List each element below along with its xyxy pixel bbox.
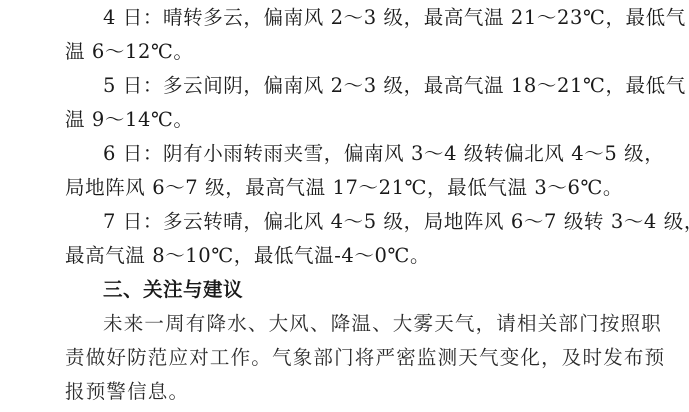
forecast-day4-line1: 4 日：晴转多云，偏南风 2～3 级，最高气温 21～23℃，最低气 <box>103 1 686 35</box>
document-page: 4 日：晴转多云，偏南风 2～3 级，最高气温 21～23℃，最低气 温 6～1… <box>0 0 689 412</box>
forecast-day6-line1: 6 日：阴有小雨转雨夹雪，偏南风 3～4 级转偏北风 4～5 级， <box>103 137 664 171</box>
forecast-day4-line2: 温 6～12℃。 <box>65 35 194 69</box>
forecast-day5-line2: 温 9～14℃。 <box>65 103 194 137</box>
forecast-day5-line1: 5 日：多云间阴，偏南风 2～3 级，最高气温 18～21℃，最低气 <box>103 69 686 103</box>
advice-paragraph-line2: 责做好防范应对工作。气象部门将严密监测天气变化，及时发布预 <box>65 341 665 375</box>
forecast-day6-line2: 局地阵风 6～7 级，最高气温 17～21℃，最低气温 3～6℃。 <box>65 171 623 205</box>
section-heading: 三、关注与建议 <box>103 273 243 307</box>
advice-paragraph-line3: 报预警信息。 <box>65 375 189 409</box>
forecast-day7-line1: 7 日：多云转晴，偏北风 4～5 级，局地阵风 6～7 级转 3～4 级， <box>103 205 689 239</box>
forecast-day7-line2: 最高气温 8～10℃，最低气温-4～0℃。 <box>65 239 430 273</box>
advice-paragraph-line1: 未来一周有降水、大风、降温、大雾天气，请相关部门按照职 <box>103 307 662 341</box>
